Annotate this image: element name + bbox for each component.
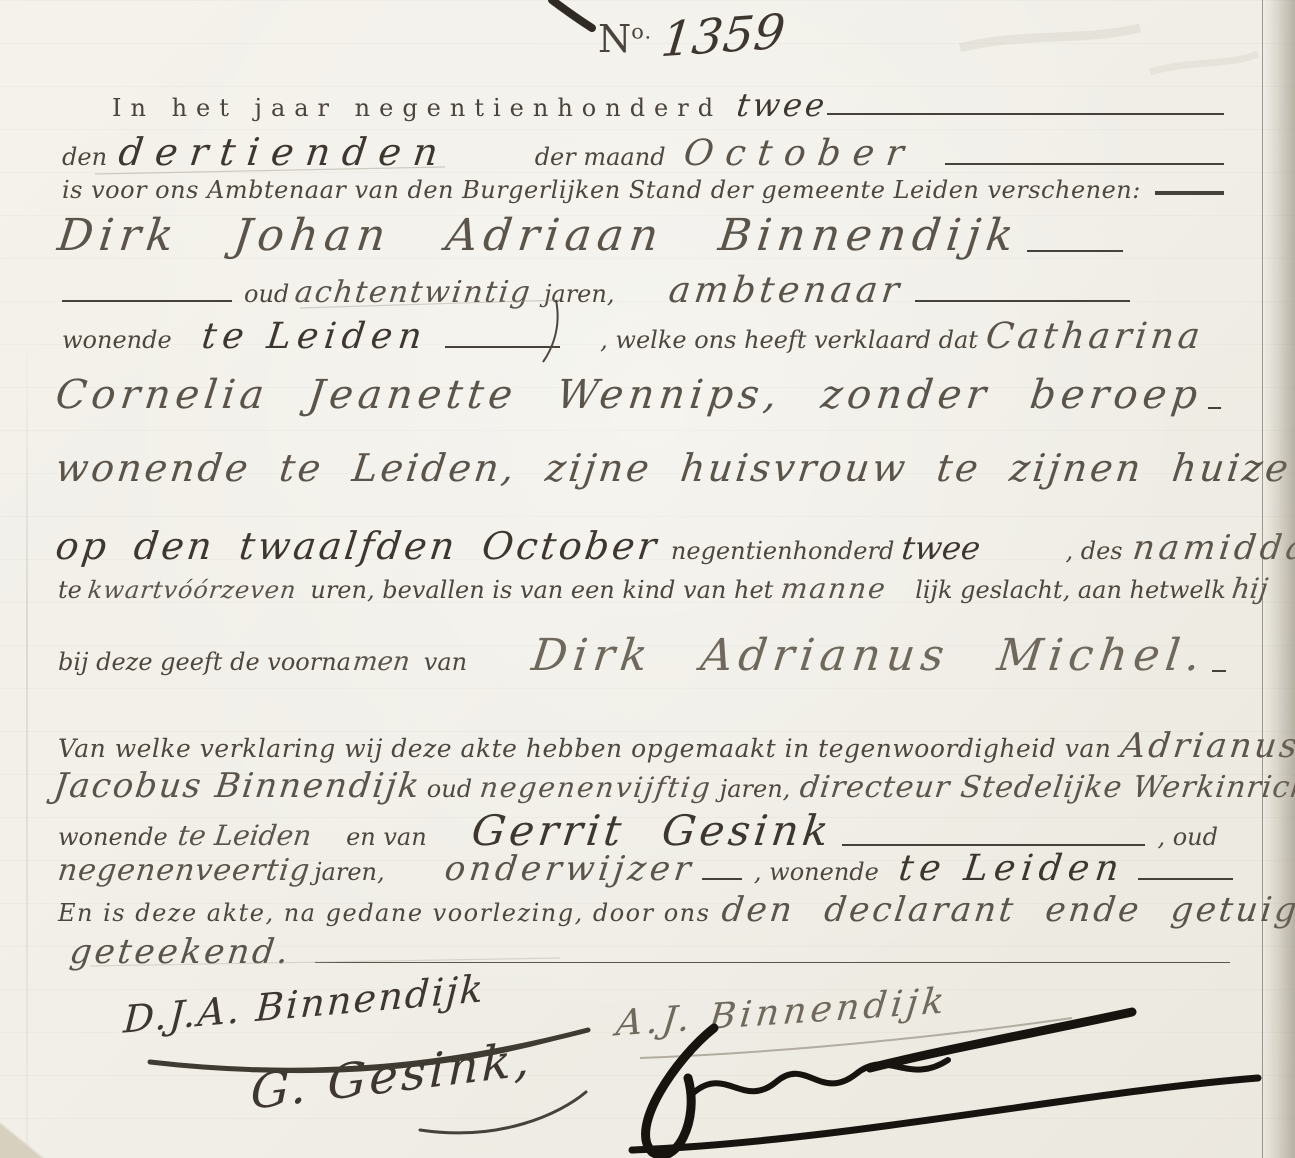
child-name-hand: Dirk Adrianus Michel. (529, 630, 1209, 681)
line-child-name: bij deze geeft de voorna men van Dirk Ad… (58, 630, 1226, 681)
rule-filler (842, 844, 1146, 846)
line-witness-intro: Van welke verklaring wij deze akte hebbe… (58, 726, 1198, 766)
page-right-edge (1262, 0, 1295, 1158)
year2-hand: twee (900, 529, 983, 567)
oud2-printed: oud (427, 775, 472, 803)
rule-filler (827, 113, 1224, 115)
rule-filler (915, 300, 1130, 302)
occupation2-hand: directeur Stedelijke Werkinrichting (798, 770, 1295, 805)
official-printed: is voor ons Ambtenaar van den Burgerlijk… (62, 176, 1141, 204)
age3-hand: negenenveertig (56, 853, 312, 888)
te-printed: te (58, 576, 82, 604)
rule-segment (702, 878, 742, 880)
record-number-prefix: No. (598, 17, 652, 61)
line-day-month: den dertienden der maand October (62, 130, 1224, 174)
witness1-rest-hand: Jacobus Binnendijk (52, 766, 424, 806)
verklaard-printed: , welke ons heeft verklaard dat (600, 326, 978, 354)
year-printed: In het jaar negentienhonderd (112, 94, 722, 122)
place-hand: te Leiden (199, 316, 430, 357)
bleed-through-smudge (960, 28, 1140, 48)
place3-hand: te Leiden (896, 848, 1127, 889)
mother-rest-hand: Cornelia Jeanette Wennips, zonder beroep (53, 372, 1205, 418)
record-number-value: 1359 (659, 4, 788, 68)
slot-printed: En is deze akte, na gedane voorlezing, d… (58, 899, 710, 927)
declarant-name-hand: Dirk Johan Adriaan Binnendijk (55, 210, 1022, 261)
paper-fold-line (26, 330, 28, 1150)
age-hand: achtentwintig (293, 275, 534, 310)
month-hand: October (681, 133, 917, 174)
rule-filler (1212, 670, 1226, 672)
des-printed: , des (1065, 537, 1122, 565)
wonende2-printed: wonende (58, 823, 168, 851)
uren-printed: uren, bevallen is van een kind van het (310, 576, 773, 604)
birth-certificate-scan: No. 1359 In het jaar negentienhonderd tw… (0, 0, 1295, 1158)
mother-first-hand: Catharina (983, 316, 1206, 357)
line-witness2-details: negenenveertig jaren, onderwijzer , wone… (58, 848, 1233, 889)
rule-filler (945, 163, 1224, 165)
jaren2-printed: jaren, (720, 775, 791, 803)
van-printed: van (424, 648, 467, 676)
occupation3-hand: onderwijzer (442, 849, 696, 889)
rule-filler (1027, 250, 1123, 252)
geslacht-printed: lijk geslacht, aan hetwelk (915, 576, 1226, 604)
der-maand-printed: der maand (535, 143, 666, 171)
line-witness1: Jacobus Binnendijk oud negenenvijftig ja… (54, 766, 1266, 806)
slot-hand: den declarant ende getuigen (720, 890, 1295, 930)
signature-witness-gesink: G. Gesink, (250, 1031, 533, 1121)
line-geteekend: geteekend. (70, 932, 1230, 972)
rule-filler (1155, 191, 1224, 195)
line-birthdate: op den twaalfden October negentienhonder… (56, 524, 1256, 568)
line-residence-mother: wonende te Leiden , welke ons heeft verk… (62, 316, 1257, 357)
oud3-printed: , oud (1157, 823, 1218, 851)
day-hand: dertienden (116, 130, 452, 174)
previous-record-flourish-stroke (552, 0, 592, 28)
sex-hand: manne (779, 572, 889, 605)
voornamen-printed: bij deze geeft de voorna (58, 648, 351, 676)
time-hand: kwartvóórzeven (86, 576, 298, 604)
den-printed: den (62, 143, 107, 171)
line-declarant: Dirk Johan Adriaan Binnendijk (58, 210, 1123, 261)
bleed-through-smudge (1150, 54, 1258, 72)
year-hand: twee (735, 86, 830, 124)
line-year: In het jaar negentienhonderd twee (112, 86, 1224, 124)
wonende3-printed: , wonende (754, 858, 879, 886)
jaren3-printed: jaren, (314, 858, 385, 886)
signature-witness-binnendijk: A.J. Binnendijk (614, 981, 950, 1045)
record-number: No. 1359 (598, 8, 784, 64)
record-number-ordinal: o. (631, 19, 652, 43)
line-time-sex: te kwartvóórzeven uren, bevallen is van … (58, 572, 1258, 605)
rule-segment (445, 346, 560, 348)
rule-filler (315, 962, 1230, 963)
rule-segment (1208, 407, 1221, 409)
verklaring-printed: Van welke verklaring wij deze akte hebbe… (58, 734, 1111, 763)
oud-printed: oud (244, 280, 289, 308)
occupation-hand: ambtenaar (667, 270, 906, 311)
line-official: is voor ons Ambtenaar van den Burgerlijk… (62, 176, 1224, 204)
age2-hand: negenenvijftig (478, 771, 714, 804)
en-van-printed: en van (346, 823, 427, 851)
line-huisvrouw: wonende te Leiden, zijne huisvrouw te zi… (56, 446, 1236, 490)
birthdate-hand: op den twaalfden October (53, 524, 661, 568)
huisvrouw-hand: wonende te Leiden, zijne huisvrouw te zi… (53, 446, 1293, 490)
line-mother-name: Cornelia Jeanette Wennips, zonder beroep (56, 372, 1221, 418)
geteekend-hand: geteekend. (68, 932, 294, 972)
voornamen-hand: men (351, 647, 411, 677)
wonende-printed: wonende (62, 326, 172, 354)
paper-corner-tear (0, 1094, 78, 1158)
rule-filler (1138, 878, 1233, 880)
signature-declarant: D.J.A. Binnendijk (122, 966, 486, 1041)
rule-segment (62, 300, 232, 302)
year2-printed: negentienhonderd (671, 537, 894, 565)
line-closing: En is deze akte, na gedane voorlezing, d… (58, 890, 1238, 930)
signature-underline-flourish (420, 1092, 586, 1133)
jaren-printed: jaren, (544, 280, 615, 308)
line-age-occupation: oud achtentwintig jaren, ambtenaar (62, 270, 1130, 311)
